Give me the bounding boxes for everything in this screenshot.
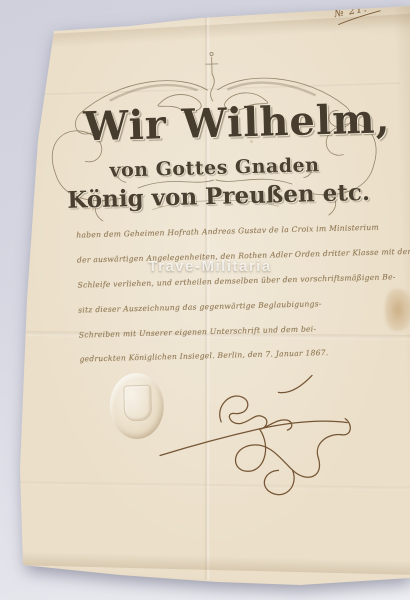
watermark-text: Trave-Militaria <box>118 258 302 275</box>
body-script-line: gedruckten Königlichen Insiegel. Berlin,… <box>79 348 328 364</box>
body-script-line: sitz dieser Auszeichnung das gegenwärtig… <box>78 299 322 314</box>
body-script-line: Schreiben mit Unserer eigenen Unterschri… <box>79 324 317 339</box>
archive-number: № 21. <box>333 0 391 26</box>
seal-coat-of-arms <box>123 385 152 422</box>
royal-signature <box>150 372 358 507</box>
document-content: № 21. <box>0 0 410 600</box>
royal-title: Wir Wilhelm, <box>83 96 374 151</box>
document-photo: № 21. <box>0 0 410 600</box>
document-paper: № 21. <box>0 0 410 600</box>
paper-shadow-wrap: № 21. <box>0 0 410 600</box>
